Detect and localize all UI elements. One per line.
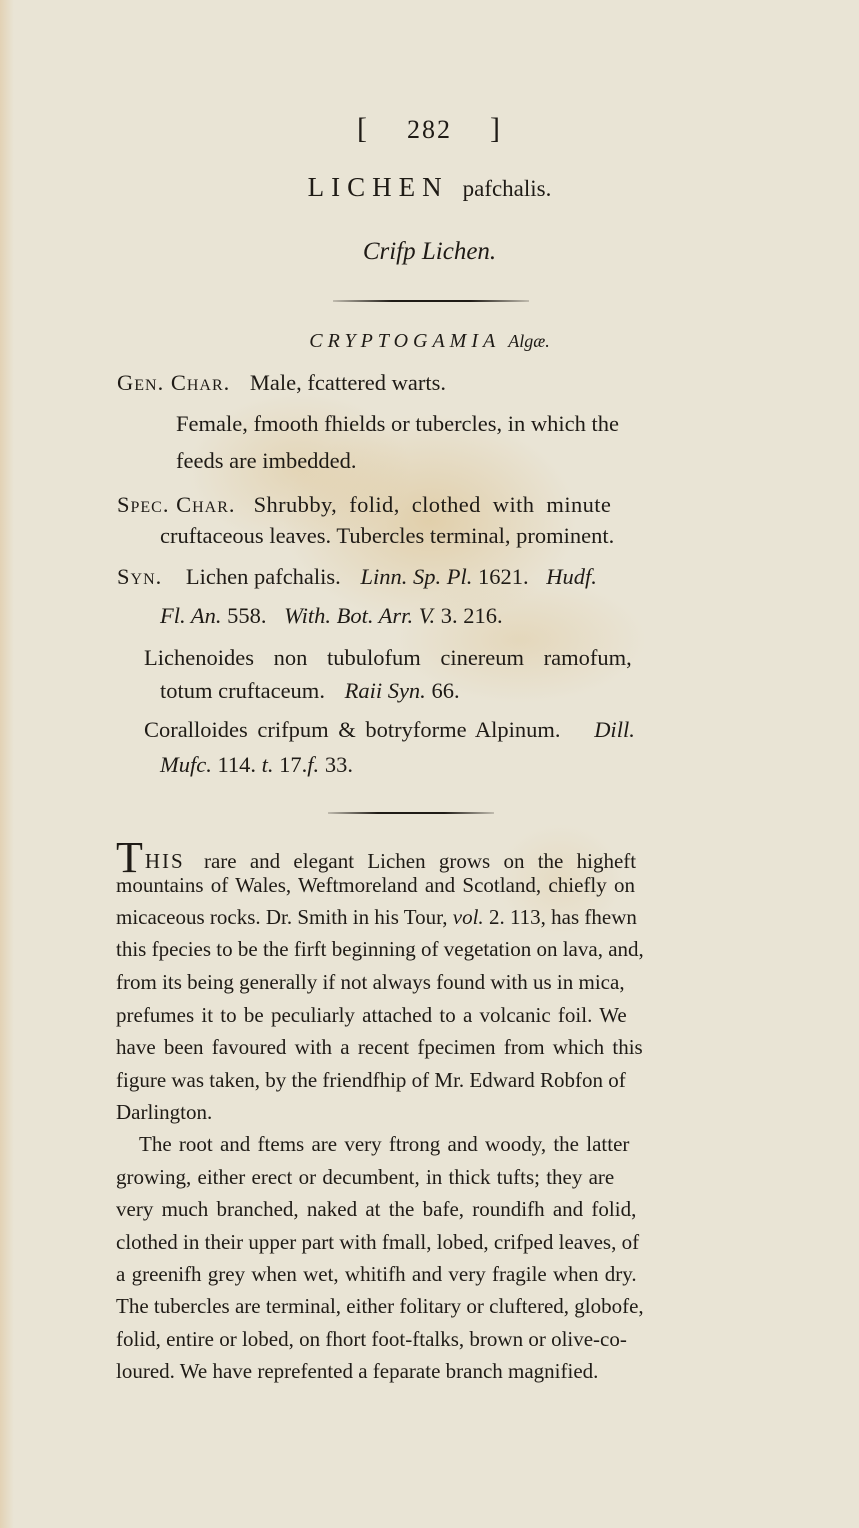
syn-ref: Dill. [594,717,635,742]
genus-name: LICHEN [308,172,449,202]
syn-text: Lichen pafchalis. [186,564,341,589]
para2-line-6: The tubercles are terminal, either folit… [116,1294,644,1319]
classification: CRYPTOGAMIAAlgæ. [0,330,859,353]
syn-num: 17. [279,752,307,777]
syn-text: totum cruftaceum. [160,678,325,703]
para1-text: rare and elegant Lichen grows on the hig… [204,849,636,873]
syn-num: 1621. [478,564,529,589]
syn2-line-1: Lichenoides non tubulofum cinereum ramof… [144,645,632,671]
para1-line-7: have been favoured with a recent fpecime… [116,1035,643,1060]
common-name: Crifp Lichen. [0,238,859,266]
syn-ref: Raii Syn. [345,678,426,703]
spec-char-line-2: cruftaceous leaves. Tubercles terminal, … [160,523,614,549]
divider-rule-bottom [328,812,494,814]
gen-char-line-3: feeds are imbedded. [176,448,357,474]
syn-text: Coralloides crifpum & botryforme Alpinum… [144,717,561,742]
para1-line-4: this fpecies to be the firft beginning o… [116,937,644,962]
para2-line-3: very much branched, naked at the bafe, r… [116,1197,636,1222]
para1-line-2: mountains of Wales, Weftmoreland and Sco… [116,873,635,898]
para1-ref: vol. [453,905,484,929]
bracket-open: [ [357,112,369,146]
gen-char-label: Gen. Char. [117,370,230,395]
syn-ref: Fl. An. [160,603,221,628]
gen-char-line-2: Female, fmooth fhields or tubercles, in … [176,411,619,437]
para1-line-3: micaceous rocks. Dr. Smith in his Tour, … [116,905,637,930]
para2-line-1: The root and ftems are very ftrong and w… [139,1132,629,1157]
syn3-line-2: Mufc. 114. t. 17.f. 33. [160,752,353,778]
syn-line-2: Fl. An. 558. With. Bot. Arr. V. 3. 216. [160,603,503,629]
syn3-line-1: Coralloides crifpum & botryforme Alpinum… [144,717,635,743]
divider-rule-top [333,300,529,302]
para2-line-5: a greenifh grey when wet, whitifh and ve… [116,1262,637,1287]
para2-line-7: folid, entire or lobed, on fhort foot-ft… [116,1327,627,1352]
syn-ref: With. Bot. Arr. V. [284,603,435,628]
para2-line-2: growing, either erect or decumbent, in t… [116,1165,614,1190]
spec-char-label: Spec. Char. [117,492,236,517]
para1-text: 2. 113, has fhewn [489,905,637,929]
syn2-line-2: totum cruftaceum. Raii Syn. 66. [160,678,460,704]
para1-line-8: figure was taken, by the friendfhip of M… [116,1068,626,1093]
para2-line-4: clothed in their upper part with fmall, … [116,1230,639,1255]
syn-ref: f. [307,752,319,777]
para2-line-8: loured. We have reprefented a feparate b… [116,1359,598,1384]
species-title: LICHENpafchalis. [0,172,859,203]
spec-char-line-1: Spec. Char. Shrubby, folid, clothed with… [117,492,611,518]
syn-num: 558. [227,603,266,628]
syn-num: 33. [325,752,353,777]
spec-char-text-1: Shrubby, folid, clothed with minute [254,492,612,517]
syn-num: 66. [431,678,459,703]
book-page: [282] LICHENpafchalis. Crifp Lichen. CRY… [0,0,859,1528]
gen-char-line-1: Gen. Char. Male, fcattered warts. [117,370,446,396]
page-number: [282] [0,112,859,146]
syn-line-1: Syn. Lichen pafchalis. Linn. Sp. Pl. 162… [117,564,597,590]
lead-word: HIS [145,849,185,873]
syn-ref: Hudf. [546,564,597,589]
para1-line-5: from its being generally if not always f… [116,970,625,995]
para1-line-6: prefumes it to be peculiarly attached to… [116,1003,627,1028]
gen-char-text-1: Male, fcattered warts. [250,370,446,395]
page-number-value: 282 [407,115,452,145]
syn-ref: Mufc. [160,752,212,777]
ordo: Algæ. [508,331,550,351]
syn-ref: Linn. Sp. Pl. [360,564,472,589]
syn-label: Syn. [117,564,162,589]
para1-text: micaceous rocks. Dr. Smith in his Tour, [116,905,448,929]
bracket-close: ] [490,112,502,146]
species-name: pafchalis. [463,176,552,201]
syn-num: 3. 216. [441,603,503,628]
classis: CRYPTOGAMIA [309,330,500,352]
syn-ref: t. [262,752,274,777]
syn-num: 114. [217,752,256,777]
para1-line-9: Darlington. [116,1100,212,1125]
